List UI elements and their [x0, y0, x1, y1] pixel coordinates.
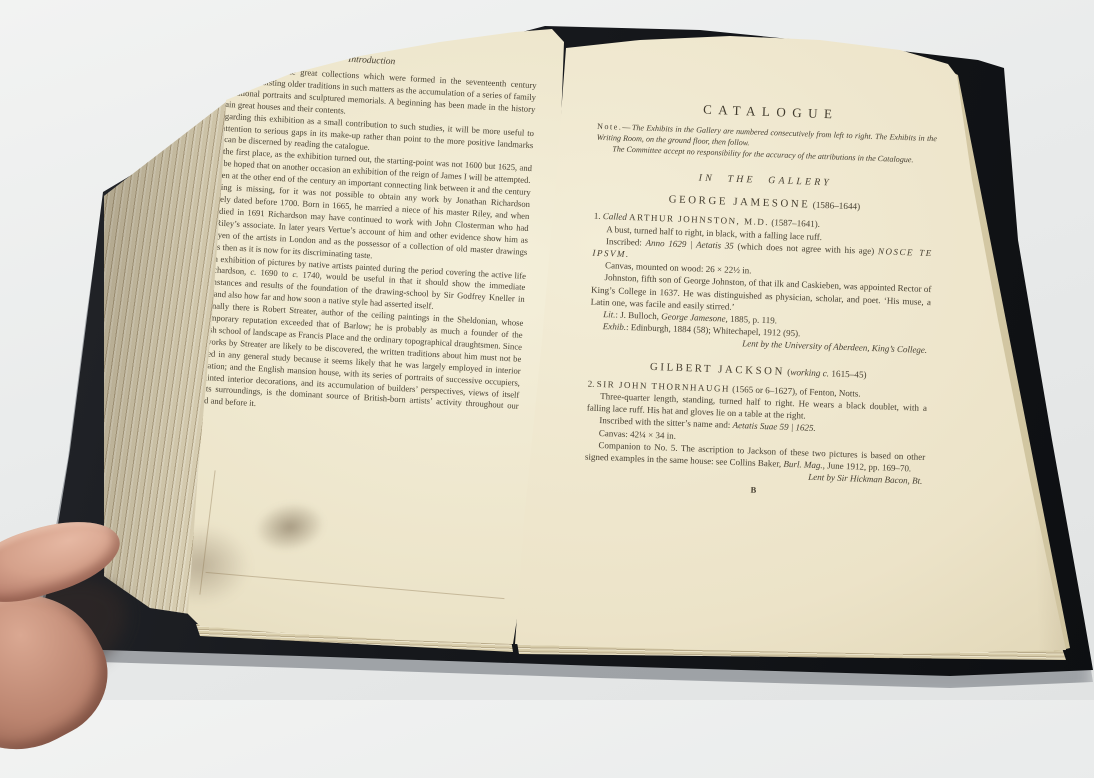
text-segment: 1615–45) — [829, 368, 867, 379]
artist-name: GILBERT JACKSON — [650, 360, 785, 377]
text-segment: The Exhibits in the Gallery are numbered… — [597, 123, 938, 147]
text-segment: Lit. — [603, 309, 616, 319]
text-segment: e.g. — [205, 62, 218, 73]
right-page-text: CATALOGUE Note.—The Exhibits in the Gall… — [584, 100, 938, 503]
text-segment: (1587–1641). — [769, 217, 820, 229]
text-segment: 1690 to — [256, 267, 293, 279]
paragraph: Finally there is Robert Streater, author… — [186, 299, 523, 425]
artist-name: GEORGE JAMESONE — [668, 194, 810, 211]
text-segment: : J. Bulloch, — [615, 310, 661, 322]
text-segment: Burl. Mag. — [783, 459, 823, 470]
text-segment: Finally there is Robert Streater, author… — [186, 300, 523, 411]
catalogue-note: Note.—The Exhibits in the Gallery are nu… — [596, 122, 937, 167]
text-segment: Called — [603, 211, 627, 222]
text-segment: Anno 1629 | Aetatis 35 — [645, 237, 734, 250]
section-heading: IN THE GALLERY — [595, 169, 935, 194]
catalogue-entry: 2. SIR JOHN THORNHAUGH (1565 or 6–1627),… — [584, 377, 927, 487]
artist-dates: (working c. 1615–45) — [785, 366, 867, 379]
text-segment: working c. — [790, 367, 829, 378]
text-segment: George Jamesone — [661, 311, 726, 323]
catalogue-entry: 1. Called ARTHUR JOHNSTON, M.D. (1587–16… — [589, 210, 934, 357]
artist-dates: (1586–1644) — [810, 200, 860, 212]
text-segment: Note.— — [597, 122, 632, 132]
book-photo: 8 Introduction e.g. the influence of the… — [0, 0, 1094, 700]
text-segment: 2. — [588, 378, 597, 388]
text-segment: Aetatis Suae 59 | 1625. — [732, 420, 816, 433]
text-segment: (1586–1644) — [810, 200, 860, 212]
text-segment: , 1885, p. 119. — [725, 314, 777, 326]
text-segment: Lent by Sir Hickman Bacon, Bt. — [808, 472, 923, 486]
page-number: 8 — [229, 58, 234, 68]
left-page-text: 8 Introduction e.g. the influence of the… — [186, 47, 538, 425]
text-segment: 1. — [594, 211, 603, 221]
text-segment: Exhib. — [603, 321, 627, 332]
text-segment: Inscribed: — [606, 236, 646, 247]
